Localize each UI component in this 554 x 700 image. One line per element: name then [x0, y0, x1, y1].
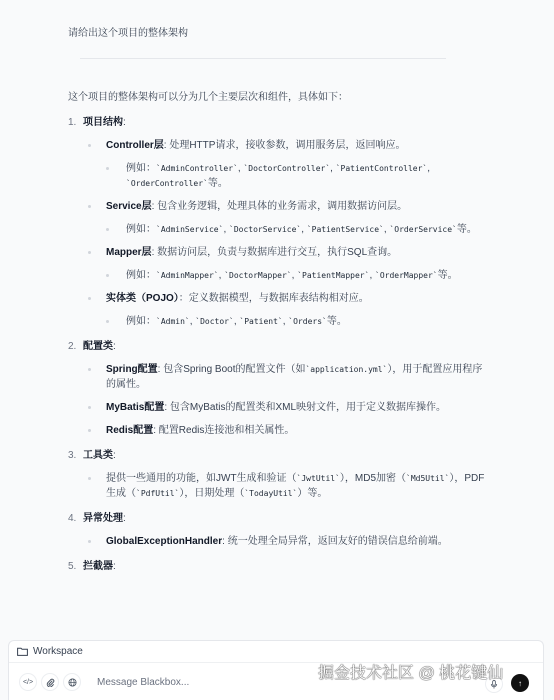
section-utils: 3. 工具类: 提供一些通用的功能，如JWT生成和验证（`JwtUtil`），M… — [68, 448, 488, 501]
bullet-icon — [88, 251, 91, 254]
answer-intro: 这个项目的整体架构可以分为几个主要层次和组件，具体如下： — [68, 90, 488, 105]
bullet-icon — [88, 205, 91, 208]
bullet-icon — [106, 228, 109, 231]
section-number: 4. — [68, 511, 83, 526]
paperclip-icon — [46, 678, 55, 687]
sub-item-example: 例如：`AdminMapper`, `DoctorMapper`, `Patie… — [106, 268, 488, 283]
watermark: 掘金技术社区 @ 桃花键仙 — [318, 660, 503, 683]
section-number: 3. — [68, 448, 83, 463]
user-message: 请给出这个项目的整体架构 — [68, 24, 188, 39]
chat-area: 请给出这个项目的整体架构 这个项目的整体架构可以分为几个主要层次和组件，具体如下… — [0, 0, 554, 636]
section-number: 2. — [68, 339, 83, 354]
bullet-icon — [88, 297, 91, 300]
list-item-global-exception: GlobalExceptionHandler: 统一处理全局异常，返回友好的错误… — [83, 534, 488, 549]
code-button[interactable]: </> — [19, 673, 37, 691]
list-item-pojo: 实体类（POJO）：定义数据模型，与数据库表结构相对应。 例如：`Admin`,… — [83, 291, 488, 329]
sub-item-example: 例如：`AdminController`, `DoctorController`… — [106, 161, 488, 191]
web-search-button[interactable] — [63, 673, 81, 691]
section-title: 工具类 — [83, 448, 113, 463]
send-button[interactable]: ↑ — [511, 674, 529, 692]
list-item-redis-config: Redis配置: 配置Redis连接池和相关属性。 — [83, 423, 488, 438]
section-title: 配置类 — [83, 339, 113, 354]
list-item-spring-config: Spring配置: 包含Spring Boot的配置文件（如`applicati… — [83, 362, 488, 392]
bullet-icon — [106, 320, 109, 323]
bullet-icon — [106, 167, 109, 170]
section-title: 异常处理 — [83, 511, 123, 526]
folder-icon — [17, 647, 28, 656]
workspace-label: Workspace — [33, 646, 83, 657]
bullet-icon — [88, 429, 91, 432]
section-exception: 4. 异常处理: GlobalExceptionHandler: 统一处理全局异… — [68, 511, 488, 549]
list-item-mapper: Mapper层: 数据访问层，负责与数据库进行交互，执行SQL查询。 例如：`A… — [83, 245, 488, 283]
sub-item-example: 例如：`AdminService`, `DoctorService`, `Pat… — [106, 222, 488, 237]
code-icon: </> — [23, 679, 33, 686]
section-interceptor: 5. 拦截器: — [68, 559, 488, 574]
bullet-icon — [88, 477, 91, 480]
globe-icon — [68, 678, 77, 687]
arrow-up-icon: ↑ — [518, 679, 522, 688]
list-item-controller: Controller层: 处理HTTP请求，接收参数，调用服务层，返回响应。 例… — [83, 138, 488, 191]
bullet-icon — [88, 406, 91, 409]
list-item-utils: 提供一些通用的功能，如JWT生成和验证（`JwtUtil`），MD5加密（`Md… — [83, 471, 488, 501]
bullet-icon — [106, 274, 109, 277]
attach-button[interactable] — [41, 673, 59, 691]
message-divider — [80, 58, 446, 59]
section-project-structure: 1. 项目结构: Controller层: 处理HTTP请求，接收参数，调用服务… — [68, 115, 488, 329]
assistant-answer: 这个项目的整体架构可以分为几个主要层次和组件，具体如下： 1. 项目结构: Co… — [68, 90, 488, 584]
list-item-service: Service层: 包含业务逻辑，处理具体的业务需求，调用数据访问层。 例如：`… — [83, 199, 488, 237]
bullet-icon — [88, 540, 91, 543]
section-number: 1. — [68, 115, 83, 130]
section-config: 2. 配置类: Spring配置: 包含Spring Boot的配置文件（如`a… — [68, 339, 488, 438]
sub-item-example: 例如：`Admin`, `Doctor`, `Patient`, `Orders… — [106, 314, 488, 329]
bullet-icon — [88, 368, 91, 371]
list-item-mybatis-config: MyBatis配置: 包含MyBatis的配置类和XML映射文件，用于定义数据库… — [83, 400, 488, 415]
bullet-icon — [88, 144, 91, 147]
section-title: 项目结构 — [83, 115, 123, 130]
section-title: 拦截器 — [83, 559, 113, 574]
section-number: 5. — [68, 559, 83, 574]
